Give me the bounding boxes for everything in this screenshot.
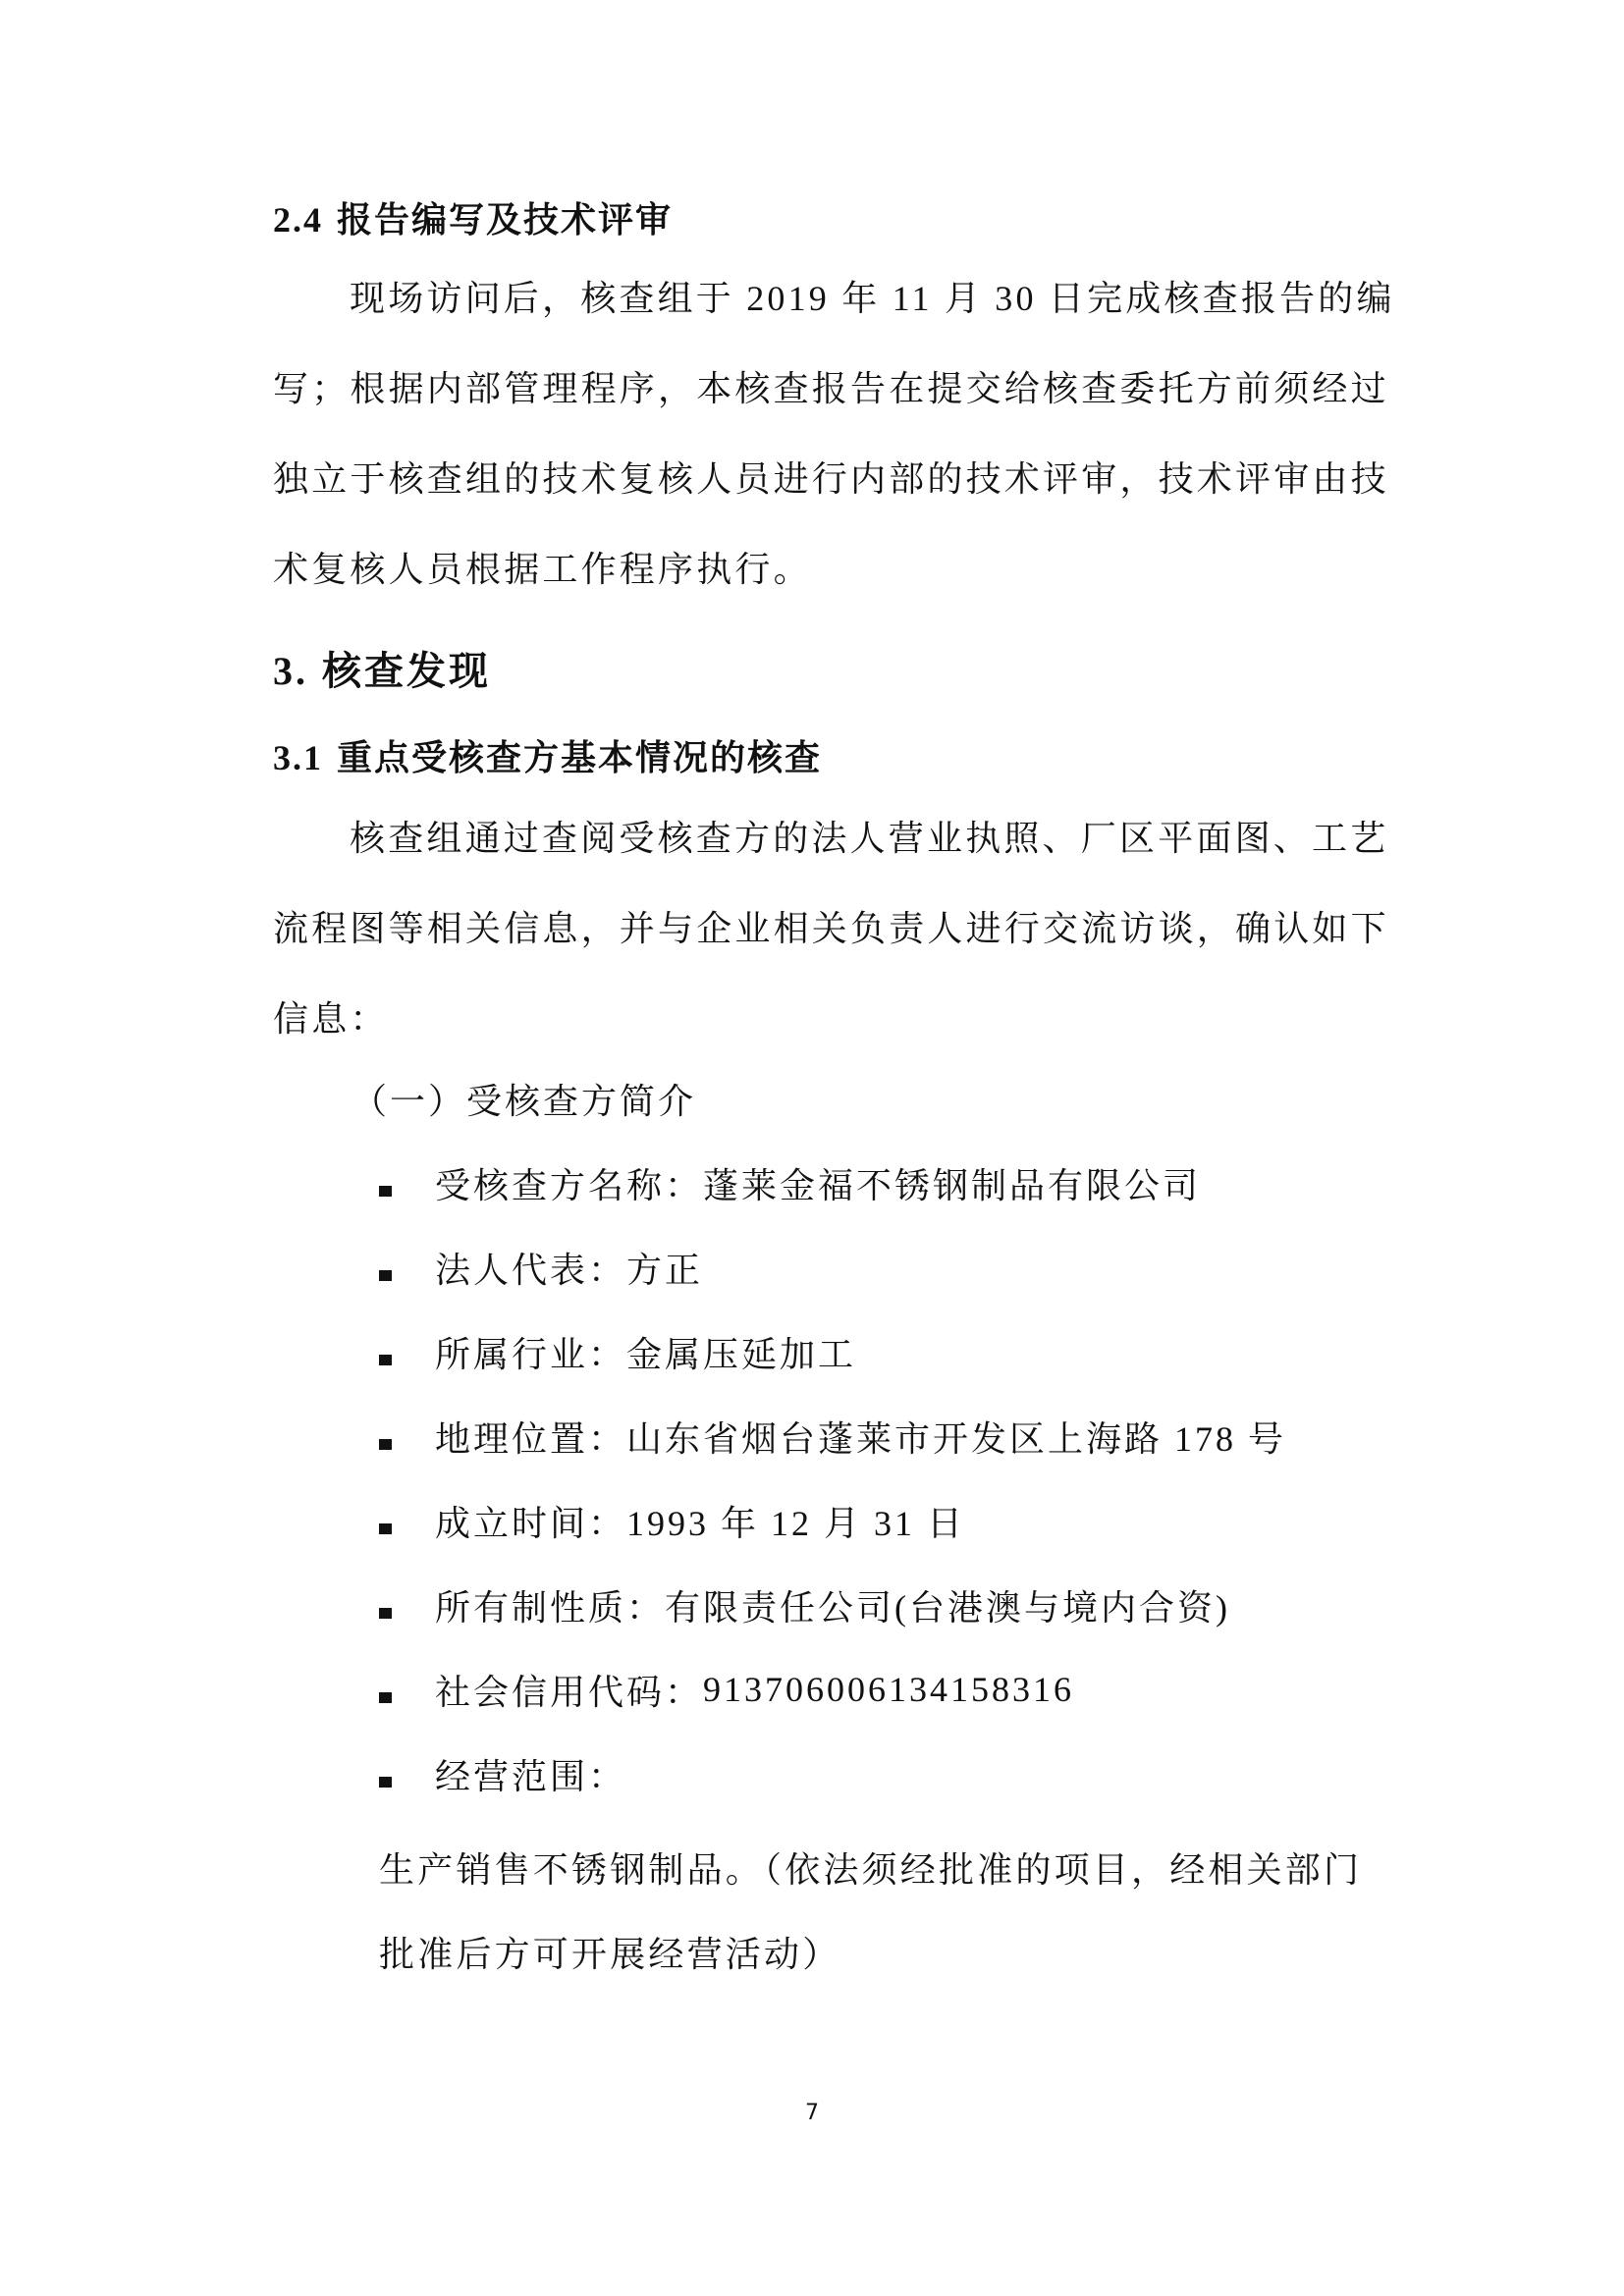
paragraph-line: 核查组通过查阅受核查方的法人营业执照、厂区平面图、工艺 bbox=[273, 793, 1382, 883]
square-bullet-icon bbox=[379, 1608, 392, 1619]
item-value: 蓬莱金福不锈钢制品有限公司 bbox=[703, 1158, 1201, 1208]
paragraph-line: 独立于核查组的技术复核人员进行内部的技术评审，技术评审由技 bbox=[273, 434, 1382, 524]
subheading-company-profile: （一）受核查方简介 bbox=[352, 1074, 696, 1124]
scope-line: 批准后方可开展经营活动） bbox=[379, 1912, 1380, 1997]
paragraph-line: 现场访问后，核查组于 2019 年 11 月 30 日完成核查报告的编 bbox=[273, 253, 1382, 344]
item-value: 金属压延加工 bbox=[626, 1327, 856, 1377]
document-page: 2.4报告编写及技术评审 现场访问后，核查组于 2019 年 11 月 30 日… bbox=[0, 0, 1624, 2296]
section-number: 2.4 bbox=[273, 200, 323, 240]
item-label: 所属行业： bbox=[435, 1327, 626, 1377]
list-item-ownership: 所有制性质：有限责任公司(台港澳与境内合资) bbox=[379, 1563, 1286, 1647]
item-value: 913706006134158316 bbox=[703, 1669, 1074, 1710]
square-bullet-icon bbox=[379, 1777, 392, 1788]
section-title: 重点受核查方基本情况的核查 bbox=[337, 738, 822, 777]
section-number: 3. bbox=[273, 649, 308, 693]
page-number: 7 bbox=[0, 2101, 1624, 2125]
item-value: 有限责任公司(台港澳与境内合资) bbox=[665, 1580, 1230, 1630]
square-bullet-icon bbox=[379, 1692, 392, 1703]
paragraph-line: 流程图等相关信息，并与企业相关负责人进行交流访谈，确认如下 bbox=[273, 883, 1382, 974]
square-bullet-icon bbox=[379, 1186, 392, 1197]
item-label: 社会信用代码： bbox=[435, 1665, 703, 1715]
item-label: 法人代表： bbox=[435, 1243, 626, 1293]
square-bullet-icon bbox=[379, 1355, 392, 1365]
square-bullet-icon bbox=[379, 1439, 392, 1450]
paragraph-line: 写；根据内部管理程序，本核查报告在提交给核查委托方前须经过 bbox=[273, 344, 1382, 434]
item-value: 1993 年 12 月 31 日 bbox=[626, 1496, 965, 1546]
list-item-business-scope: 经营范围： bbox=[379, 1732, 1286, 1816]
paragraph-line: 信息： bbox=[273, 974, 1382, 1064]
list-item-industry: 所属行业：金属压延加工 bbox=[379, 1309, 1286, 1394]
section-heading-3-1: 3.1重点受核查方基本情况的核查 bbox=[273, 730, 822, 780]
paragraph-line: 术复核人员根据工作程序执行。 bbox=[273, 524, 1382, 614]
section-title: 报告编写及技术评审 bbox=[337, 200, 673, 240]
square-bullet-icon bbox=[379, 1523, 392, 1534]
list-item-credit-code: 社会信用代码：913706006134158316 bbox=[379, 1647, 1286, 1732]
company-info-list: 受核查方名称：蓬莱金福不锈钢制品有限公司 法人代表：方正 所属行业：金属压延加工… bbox=[379, 1141, 1286, 1816]
square-bullet-icon bbox=[379, 1270, 392, 1281]
paragraph-report-review: 现场访问后，核查组于 2019 年 11 月 30 日完成核查报告的编 写；根据… bbox=[273, 253, 1382, 614]
section-title: 核查发现 bbox=[322, 649, 491, 693]
item-label: 经营范围： bbox=[435, 1749, 626, 1799]
list-item-location: 地理位置：山东省烟台蓬莱市开发区上海路 178 号 bbox=[379, 1394, 1286, 1478]
scope-line: 生产销售不锈钢制品。（依法须经批准的项目，经相关部门 bbox=[379, 1828, 1380, 1912]
list-item-legal-representative: 法人代表：方正 bbox=[379, 1225, 1286, 1309]
item-label: 地理位置： bbox=[435, 1412, 626, 1462]
section-number: 3.1 bbox=[273, 738, 323, 777]
section-heading-3: 3.核查发现 bbox=[273, 640, 491, 696]
item-label: 受核查方名称： bbox=[435, 1158, 703, 1208]
item-value: 山东省烟台蓬莱市开发区上海路 178 号 bbox=[626, 1412, 1286, 1462]
list-item-established-date: 成立时间：1993 年 12 月 31 日 bbox=[379, 1478, 1286, 1563]
business-scope-text: 生产销售不锈钢制品。（依法须经批准的项目，经相关部门 批准后方可开展经营活动） bbox=[379, 1828, 1380, 1997]
list-item-company-name: 受核查方名称：蓬莱金福不锈钢制品有限公司 bbox=[379, 1141, 1286, 1225]
section-heading-2-4: 2.4报告编写及技术评审 bbox=[273, 192, 673, 242]
paragraph-verification-intro: 核查组通过查阅受核查方的法人营业执照、厂区平面图、工艺 流程图等相关信息，并与企… bbox=[273, 793, 1382, 1064]
item-label: 所有制性质： bbox=[435, 1580, 665, 1630]
item-label: 成立时间： bbox=[435, 1496, 626, 1546]
item-value: 方正 bbox=[626, 1243, 703, 1293]
